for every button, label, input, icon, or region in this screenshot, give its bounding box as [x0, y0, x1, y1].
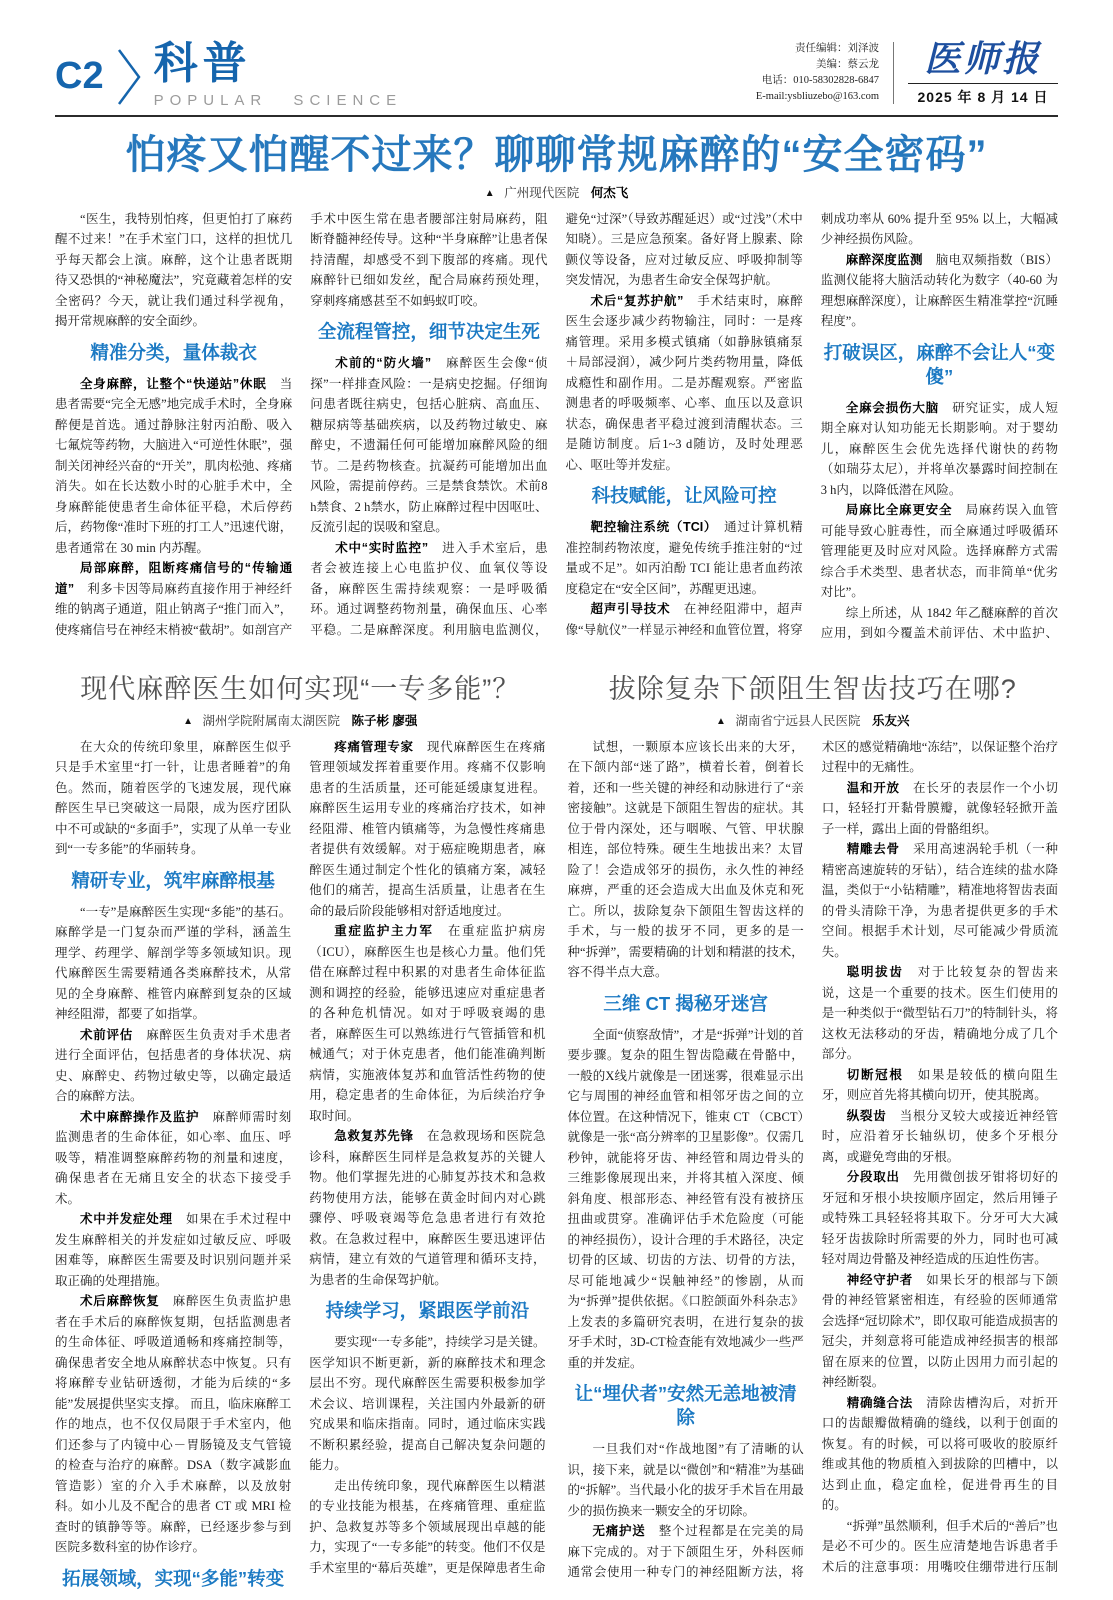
- section-code: C2: [55, 57, 104, 109]
- paragraph: 术中并发症处理 如果在手术过程中发生麻醉相关的并发症如过敏反应、呼吸困难等，麻醉…: [55, 1209, 291, 1291]
- paragraph-lead: 术后麻醉恢复: [80, 1294, 160, 1308]
- paragraph-lead: 术中麻醉操作及监护: [80, 1110, 199, 1124]
- vertical-divider: [893, 42, 894, 104]
- section-header: 全流程管控，细节决定生死: [310, 320, 547, 344]
- paragraph-lead: 无痛护送: [593, 1524, 646, 1538]
- email-line: E-mail:ysbliuzebo@163.com: [756, 89, 879, 105]
- paragraph-lead: 精确缝合法: [847, 1396, 913, 1410]
- paragraph: 局麻比全麻更安全 局麻药误入血管可能导致心脏毒性，而全麻通过呼吸循环管理能更及时…: [821, 500, 1058, 603]
- section-subtitle: POPULAR SCIENCE: [154, 92, 403, 109]
- editor-line: 责任编辑：刘泽波: [756, 41, 879, 57]
- paragraph: 精确缝合法 清除齿槽沟后，对折开口的齿龈瓣做精确的缝线，以利于创面的恢复。有的时…: [822, 1393, 1058, 1516]
- triangle-icon: ▲: [716, 716, 726, 727]
- paragraph: 温和开放 在长牙的表层作一个小切口，轻轻打开黏骨膜瓣，就像轻轻掀开盖子一样，露出…: [822, 778, 1058, 840]
- paragraph-lead: 术后“复苏护航”: [591, 294, 684, 308]
- paragraph: 麻醉深度监测 脑电双频指数（BIS）监测仪能将大脑活动转化为数字（40-60 为…: [821, 250, 1058, 332]
- paragraph: 全麻会损伤大脑 研究证实，成人短期全麻对认知功能无长期影响。对于婴幼儿，麻醉医生…: [821, 398, 1058, 501]
- paragraph-lead: 靶控输注系统（TCI）: [591, 520, 711, 534]
- paragraph: 切断冠根 如果是较低的横向阻生牙，则应首先将其横向切开，使其脱离。: [822, 1065, 1058, 1106]
- paragraph: 全身麻醉，让整个“快递站”休眠 当患者需要“完全无感”地完成手术时，全身麻醉便是…: [55, 374, 292, 559]
- article2-body: 在大众的传统印象里，麻醉医生似乎只是手术室里“打一针，让患者睡着”的角色。然而，…: [55, 737, 546, 1593]
- paragraph: 术后麻醉恢复 麻醉医生负责监护患者在手术后的麻醉恢复期，包括监测患者的生命体征、…: [55, 1291, 291, 1558]
- paragraph-lead: 切断冠根: [847, 1068, 904, 1082]
- paper-logo: 医师报: [908, 40, 1058, 80]
- paragraph: 纵裂齿 当根分叉较大或接近神经管时，应沿着牙长轴纵切，使多个牙根分离，或避免弯曲…: [822, 1106, 1058, 1168]
- paragraph-lead: 急救复苏先锋: [334, 1129, 414, 1143]
- paragraph: 试想，一颗原本应该长出来的大牙，在下颌内部“迷了路”，横着长着，倒着长着，还和一…: [568, 737, 804, 983]
- paragraph-lead: 术中并发症处理: [80, 1212, 173, 1226]
- triangle-icon: ▲: [485, 188, 495, 199]
- byline-authors: 何杰飞: [591, 186, 629, 200]
- lower-section: 现代麻醉医生如何实现“一专多能”？ ▲ 湖州学院附属南太湖医院 陈子彬 廖强 在…: [55, 671, 1058, 1593]
- paper-brand: 医师报 2025 年 8 月 14 日: [908, 40, 1058, 107]
- paragraph-lead: 聪明拔齿: [847, 965, 904, 979]
- paragraph: 疼痛管理专家 现代麻醉医生在疼痛管理领域发挥着重要作用。疼痛不仅影响患者的生活质…: [309, 737, 545, 922]
- paragraph-lead: 重症监护主力军: [334, 924, 433, 938]
- article2-title: 现代麻醉医生如何实现“一专多能”？: [55, 671, 546, 707]
- phone-line: 电话：010-58302828-6847: [756, 73, 879, 89]
- masthead-contact: 责任编辑：刘泽波 美编：蔡云龙 电话：010-58302828-6847 E-m…: [756, 41, 879, 105]
- paragraph: 精雕去骨 采用高速涡轮手机（一种精密高速旋转的牙钻），结合连续的盐水降温，类似于…: [822, 839, 1058, 962]
- paragraph: 靶控输注系统（TCI） 通过计算机精准控制药物浓度，避免传统手推注射的“过量或不…: [566, 517, 803, 599]
- byline-org: 湖州学院附属南太湖医院: [202, 714, 340, 728]
- article1-body: “医生，我特别怕疼，但更怕打了麻药醒不过来！”在手术室门口，这样的担忧几乎每天都…: [55, 209, 1058, 655]
- paragraph-lead: 术前评估: [80, 1028, 133, 1042]
- triangle-icon: ▲: [183, 716, 193, 727]
- paragraph: 一旦我们对“作战地图”有了清晰的认识，接下来，就是以“微创”和“精准”为基础的“…: [568, 1439, 804, 1521]
- paragraph-lead: 局部麻醉，阻断疼痛信号的“传输通道”: [55, 561, 292, 596]
- paragraph-lead: 全麻会损伤大脑: [846, 401, 939, 415]
- paragraph-lead: 术中“实时监控”: [335, 541, 428, 555]
- paragraph-lead: 纵裂齿: [847, 1109, 887, 1123]
- section-header: 精研专业，筑牢麻醉根基: [55, 869, 291, 893]
- paragraph-lead: 疼痛管理专家: [334, 740, 414, 754]
- section-banner: C2 科普 POPULAR SCIENCE: [55, 41, 402, 108]
- section-header: 精准分类，量体裁衣: [55, 341, 292, 365]
- paragraph: 术后“复苏护航” 手术结束时，麻醉医生会逐步减少药物输注，同时：一是疼痛管理。采…: [566, 291, 803, 476]
- paragraph-lead: 术前的“防火墙”: [335, 356, 431, 370]
- page-header: C2 科普 POPULAR SCIENCE 责任编辑：刘泽波 美编：蔡云龙 电话…: [55, 40, 1058, 109]
- chevron-icon: [116, 45, 142, 109]
- section-header: 三维 CT 揭秘牙迷宫: [568, 992, 804, 1016]
- brand-rule: [908, 83, 1058, 84]
- byline-authors: 陈子彬 廖强: [351, 714, 417, 728]
- paragraph-lead: 神经守护者: [847, 1273, 913, 1287]
- paragraph: 聪明拔齿 对于比较复杂的智齿来说，这是一个重要的技术。医生们使用的是一种类似于“…: [822, 962, 1058, 1065]
- art-editor-line: 美编：蔡云龙: [756, 57, 879, 73]
- article3-byline: ▲ 湖南省宁远县人民医院 乐友兴: [568, 711, 1059, 729]
- paragraph-lead: 全身麻醉，让整个“快递站”休眠: [80, 377, 266, 391]
- section-header: 拓展领域，实现“多能”转变: [55, 1567, 291, 1591]
- paragraph-lead: 麻醉深度监测: [846, 253, 923, 267]
- paragraph-lead: 温和开放: [847, 781, 900, 795]
- paragraph: 重症监护主力军 在重症监护病房（ICU），麻醉医生也是核心力量。他们凭借在麻醉过…: [309, 921, 545, 1126]
- article1-byline: ▲ 广州现代医院 何杰飞: [55, 183, 1058, 201]
- article3: 拔除复杂下颌阻生智齿技巧在哪? ▲ 湖南省宁远县人民医院 乐友兴 试想，一颗原本…: [568, 671, 1059, 1593]
- section-header: 科技赋能，让风险可控: [566, 484, 803, 508]
- paragraph: 急救复苏先锋 在急救现场和医院急诊科，麻醉医生同样是急救复苏的关键人物。他们掌握…: [309, 1126, 545, 1290]
- article1-title: 怕疼又怕醒不过来？聊聊常规麻醉的“安全密码”: [55, 131, 1058, 179]
- paragraph: 在大众的传统印象里，麻醉医生似乎只是手术室里“打一针，让患者睡着”的角色。然而，…: [55, 737, 291, 860]
- masthead: 责任编辑：刘泽波 美编：蔡云龙 电话：010-58302828-6847 E-m…: [756, 40, 1058, 109]
- issue-date: 2025 年 8 月 14 日: [908, 87, 1058, 107]
- paragraph: 分段取出 先用微创拔牙钳将切好的牙冠和牙根小块按顺序固定，然后用锤子或特殊工具轻…: [822, 1167, 1058, 1270]
- paragraph-lead: 超声引导技术: [591, 602, 671, 616]
- byline-org: 湖南省宁远县人民医院: [735, 714, 860, 728]
- article2: 现代麻醉医生如何实现“一专多能”？ ▲ 湖州学院附属南太湖医院 陈子彬 廖强 在…: [55, 671, 546, 1593]
- byline-authors: 乐友兴: [872, 714, 910, 728]
- paragraph-lead: 分段取出: [847, 1170, 900, 1184]
- section-title: 科普: [154, 41, 403, 87]
- paragraph: 要实现“一专多能”，持续学习是关键。医学知识不断更新，新的麻醉技术和理念层出不穷…: [309, 1332, 545, 1476]
- byline-org: 广州现代医院: [504, 186, 579, 200]
- section-header: 持续学习，紧跟医学前沿: [309, 1299, 545, 1323]
- newspaper-page: C2 科普 POPULAR SCIENCE 责任编辑：刘泽波 美编：蔡云龙 电话…: [0, 0, 1113, 1600]
- paragraph: “医生，我特别怕疼，但更怕打了麻药醒不过来！”在手术室门口，这样的担忧几乎每天都…: [55, 209, 292, 332]
- paragraph: 神经守护者 如果长牙的根部与下颌骨的神经管紧密相连，有经验的医师通常会选择“冠切…: [822, 1270, 1058, 1393]
- paragraph: 全面“侦察敌情”，才是“拆弹”计划的首要步骤。复杂的阻生智齿隐藏在骨骼中，一般的…: [568, 1025, 804, 1374]
- article3-title: 拔除复杂下颌阻生智齿技巧在哪?: [568, 671, 1059, 707]
- article2-byline: ▲ 湖州学院附属南太湖医院 陈子彬 廖强: [55, 711, 546, 729]
- article3-body: 试想，一颗原本应该长出来的大牙，在下颌内部“迷了路”，横着长着，倒着长着，还和一…: [568, 737, 1059, 1593]
- section-header: 打破误区，麻醉不会让人“变傻”: [821, 341, 1058, 389]
- paragraph-lead: 精雕去骨: [847, 842, 900, 856]
- paragraph: 术中麻醉操作及监护 麻醉师需时刻监测患者的生命体征，如心率、血压、呼吸等，精准调…: [55, 1107, 291, 1210]
- section-header: 让“埋伏者”安然无恙地被清除: [568, 1382, 804, 1430]
- paragraph-lead: 局麻比全麻更安全: [846, 503, 953, 517]
- paragraph: 术前的“防火墙” 麻醉医生会像“侦探”一样排查风险：一是病史挖掘。仔细询问患者既…: [310, 353, 547, 538]
- paragraph: 术前评估 麻醉医生负责对手术患者进行全面评估，包括患者的身体状况、病史、麻醉史、…: [55, 1025, 291, 1107]
- header-rule: [55, 115, 1058, 117]
- paragraph: “一专”是麻醉医生实现“多能”的基石。麻醉学是一门复杂而严谨的学科，涵盖生理学、…: [55, 902, 291, 1025]
